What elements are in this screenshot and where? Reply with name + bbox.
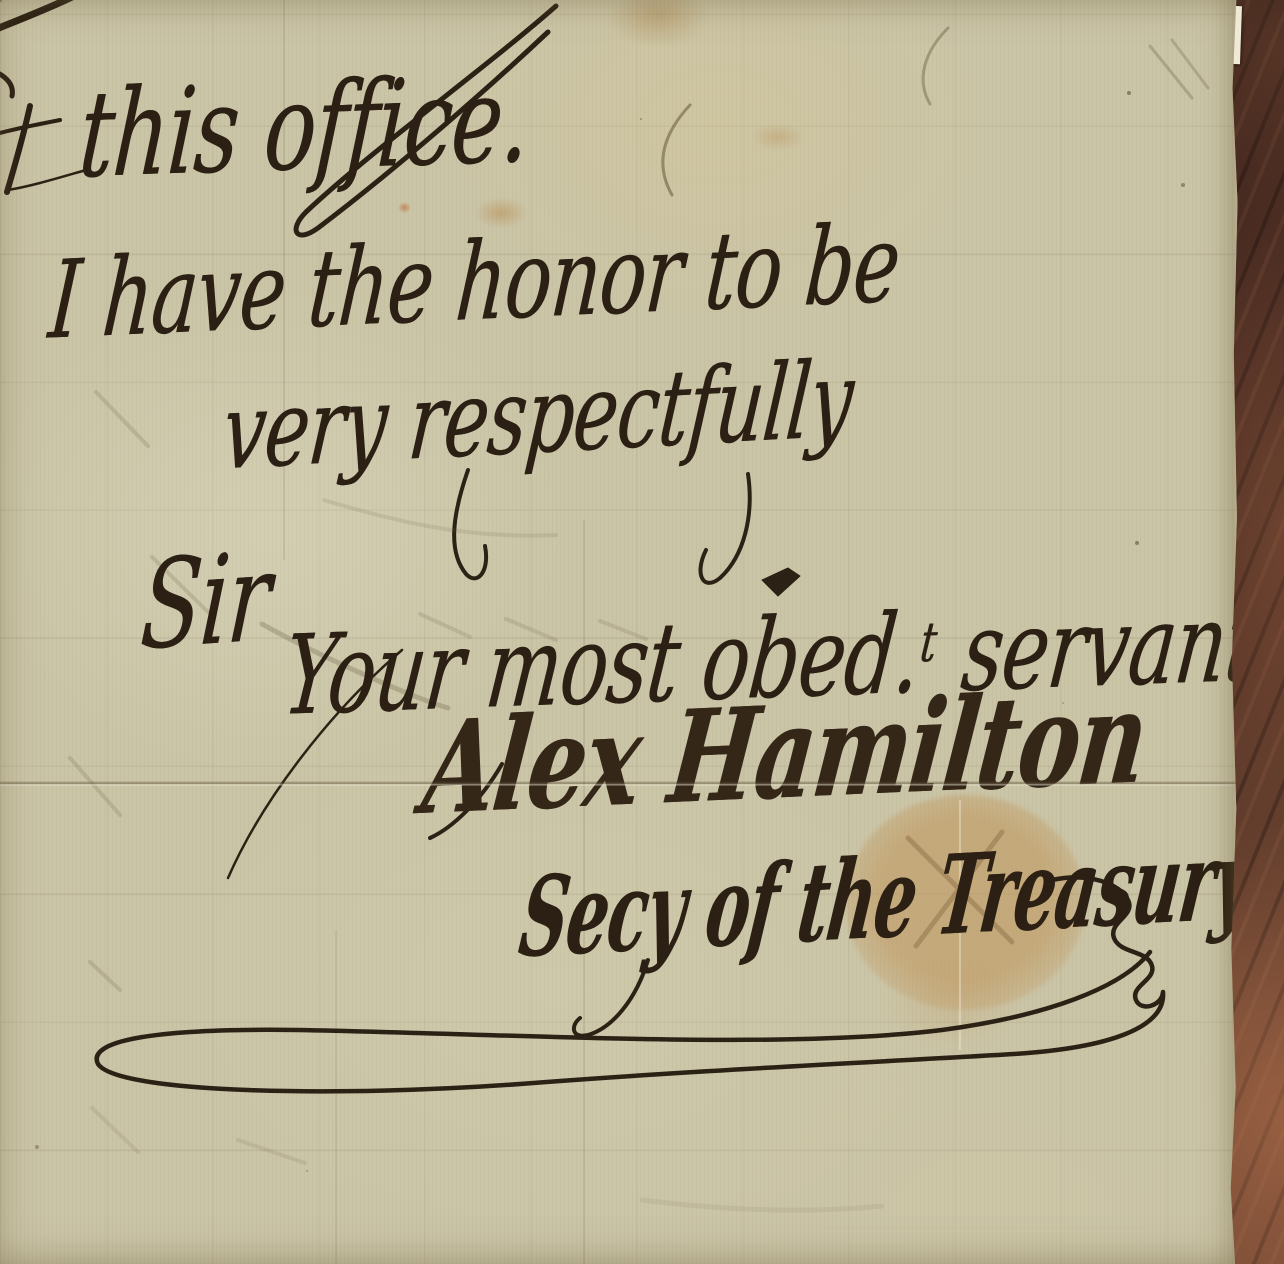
small-stain-2 xyxy=(752,124,804,150)
ghost-stroke-7 xyxy=(92,1108,305,1163)
rust-dot-stain xyxy=(398,202,411,213)
hatch-mark-top-right-2 xyxy=(1172,40,1208,88)
cutoff-t-crossbar xyxy=(0,120,60,134)
vertical-crease-bottom xyxy=(335,930,337,1264)
cutoff-t-exit-stroke xyxy=(8,170,86,190)
fiber-specks xyxy=(0,0,2,2)
top-edge-stain xyxy=(608,0,708,48)
ghost-stroke-5 xyxy=(324,500,556,536)
cutoff-stroke-left-edge xyxy=(0,72,12,96)
respectfully-f-descender xyxy=(454,470,486,578)
ghost-stroke-6 xyxy=(70,758,120,990)
faint-paren-mark xyxy=(663,105,690,195)
letter-line-respectfully: very respectfully xyxy=(219,347,857,485)
faint-paren-mark-2 xyxy=(923,28,948,104)
respectfully-y-descender xyxy=(701,474,750,583)
ghost-stroke-2 xyxy=(96,392,148,446)
signature-name: Alex Hamilton xyxy=(417,674,1152,833)
cutoff-stroke-top-corner xyxy=(0,0,74,30)
ghost-stroke-8 xyxy=(642,1200,882,1210)
photograph-letter-on-table: this office. I have the honor to be very… xyxy=(0,0,1284,1264)
letter-line-honor: I have the honor to be xyxy=(46,210,904,355)
seal-bleed-stain-halo xyxy=(880,960,1020,1050)
letter-sheet: this office. I have the honor to be very… xyxy=(0,0,1240,1264)
cutoff-t-stem xyxy=(7,106,30,192)
letter-line-this-office: this office. xyxy=(76,60,533,196)
letter-line-sir: Sir xyxy=(137,536,273,668)
ink-blot-dash xyxy=(762,568,800,596)
hatch-mark-top-right-1 xyxy=(1150,46,1192,98)
signature-title: Secy of the Treasury xyxy=(514,825,1258,973)
